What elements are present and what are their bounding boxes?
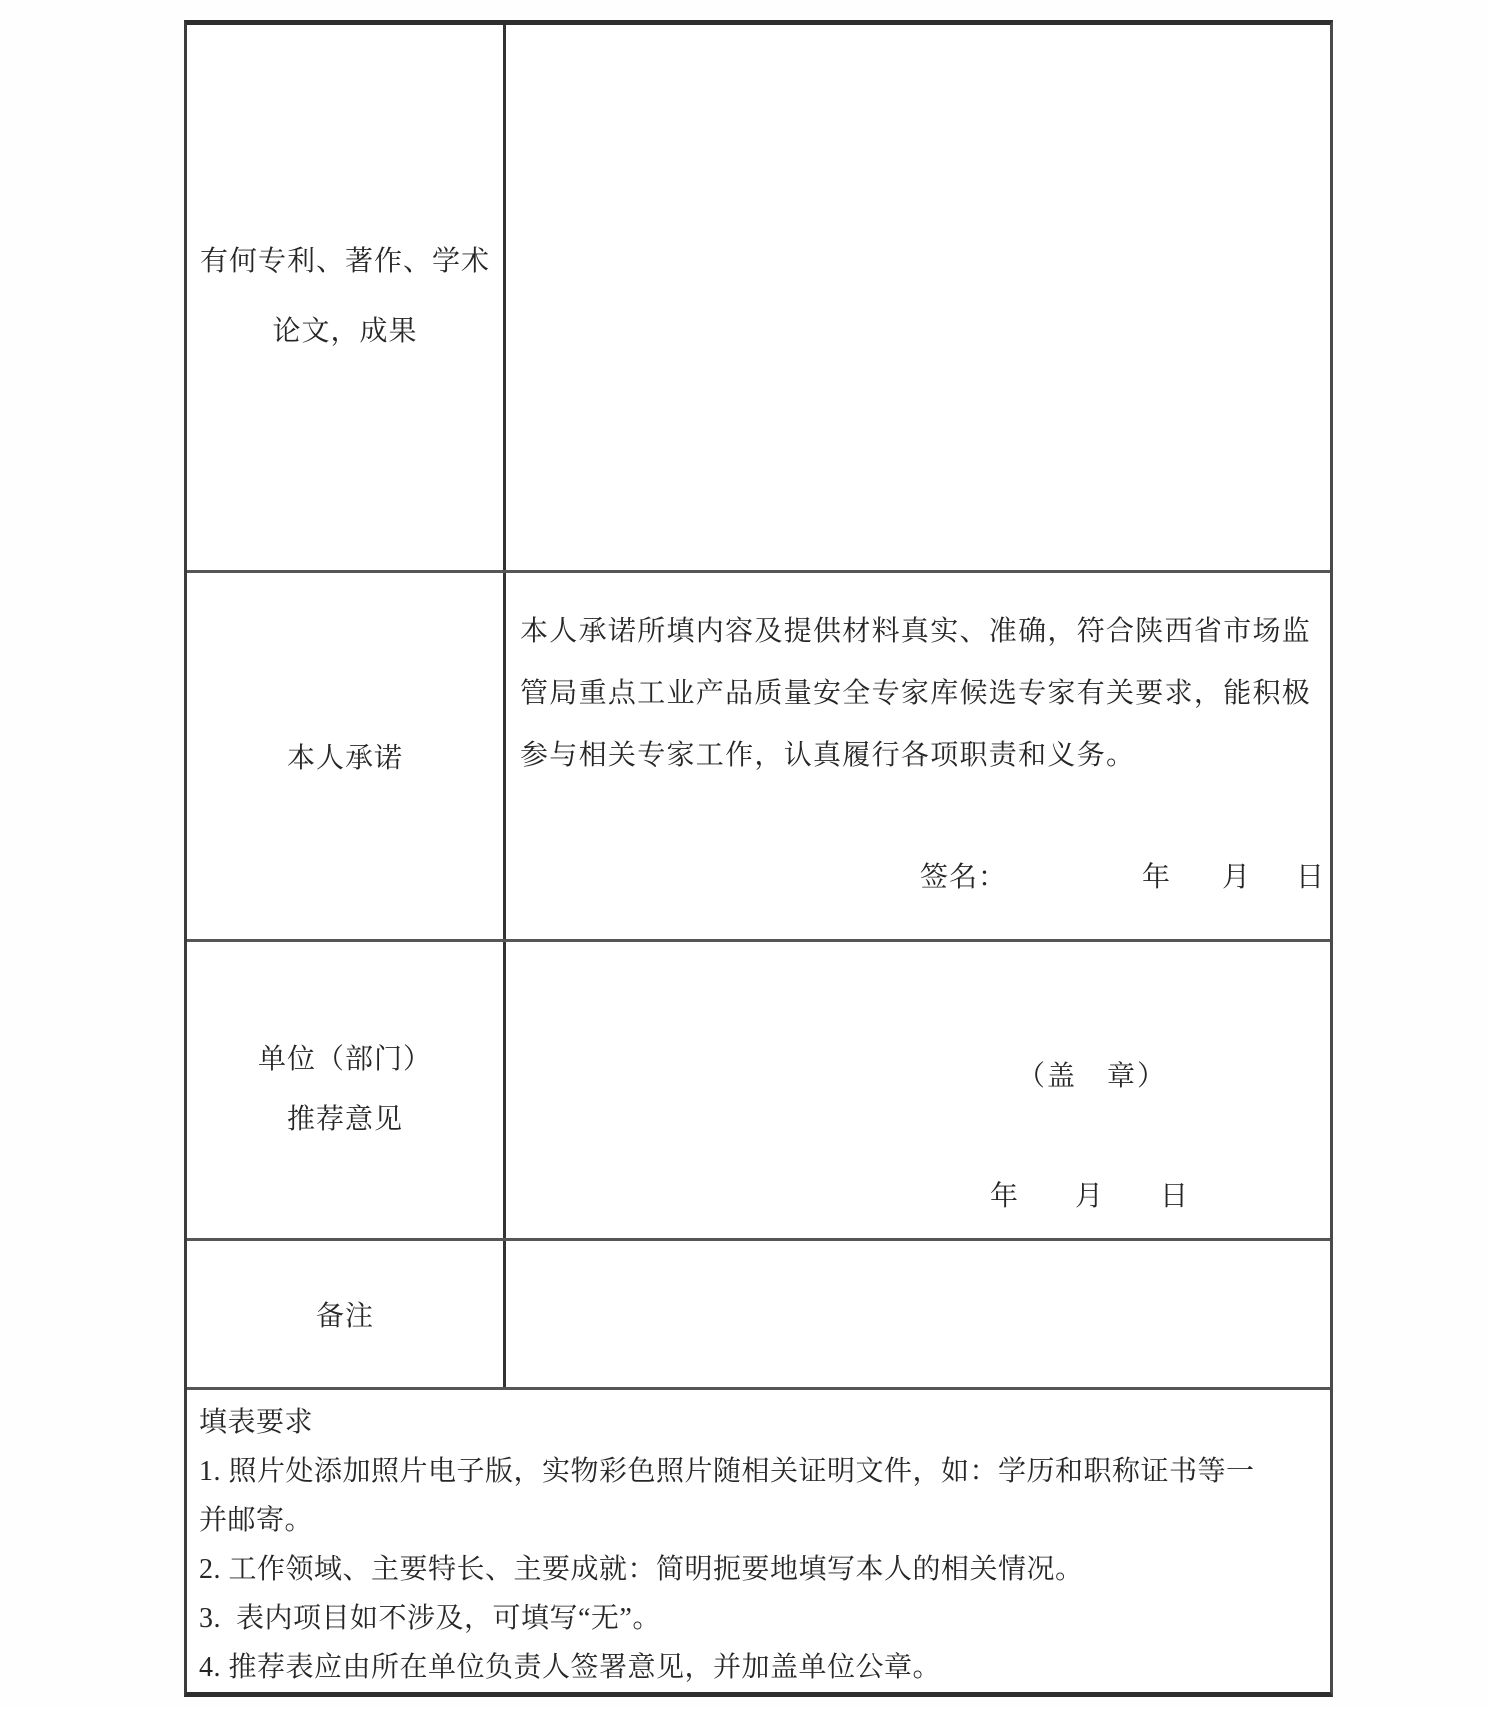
recommendation-date-line: 年 月 日 — [506, 1180, 1330, 1214]
instruction-item-4: 4. 推荐表应由所在单位负责人签署意见，并加盖单位公章。 — [199, 1643, 1312, 1692]
commitment-statement: 本人承诺所填内容及提供材料真实、准确，符合陕西省市场监 管局重点工业产品质量安全… — [506, 573, 1330, 787]
remarks-value-cell — [506, 1241, 1330, 1387]
seal-placeholder: （盖 章） — [1017, 1060, 1330, 1094]
scanned-form-page: 有何专利、著作、学术 论文，成果 本人承诺 本人承诺所填内容及提供材料真实、准确… — [0, 0, 1487, 1709]
instruction-item-2: 2. 工作领域、主要特长、主要成就：简明扼要地填写本人的相关情况。 — [199, 1545, 1312, 1594]
recommendation-day-label: 日 — [1160, 1180, 1188, 1214]
commitment-value-cell: 本人承诺所填内容及提供材料真实、准确，符合陕西省市场监 管局重点工业产品质量安全… — [506, 573, 1330, 939]
signature-month-label: 月 — [1222, 863, 1251, 893]
remarks-row: 备注 — [187, 1241, 1330, 1390]
commitment-label-cell: 本人承诺 — [187, 573, 506, 939]
recommendation-row: 单位（部门） 推荐意见 （盖 章） 年 月 日 — [187, 942, 1330, 1241]
recommendation-month-label: 月 — [1075, 1180, 1103, 1214]
commitment-statement-line1: 本人承诺所填内容及提供材料真实、准确，符合陕西省市场监 — [520, 601, 1314, 663]
recommendation-form-table: 有何专利、著作、学术 论文，成果 本人承诺 本人承诺所填内容及提供材料真实、准确… — [184, 20, 1333, 1697]
instruction-item-3: 3. 表内项目如不涉及，可填写“无”。 — [199, 1594, 1312, 1643]
instruction-item-1-line2: 并邮寄。 — [199, 1496, 1312, 1545]
commitment-row: 本人承诺 本人承诺所填内容及提供材料真实、准确，符合陕西省市场监 管局重点工业产… — [187, 573, 1330, 942]
instructions-title: 填表要求 — [199, 1398, 1312, 1447]
remarks-label-cell: 备注 — [187, 1241, 506, 1387]
patents-label-cell: 有何专利、著作、学术 论文，成果 — [187, 25, 506, 570]
patents-label-line2: 论文，成果 — [272, 297, 417, 367]
commitment-label: 本人承诺 — [287, 736, 403, 776]
patents-row: 有何专利、著作、学术 论文，成果 — [187, 25, 1330, 573]
remarks-label: 备注 — [316, 1294, 374, 1334]
signature-date-line: 签名： 年 月 日 — [506, 863, 1330, 893]
signature-day-label: 日 — [1296, 863, 1325, 893]
commitment-statement-line2: 管局重点工业产品质量安全专家库候选专家有关要求，能积极 — [520, 663, 1314, 725]
recommendation-year-label: 年 — [990, 1180, 1018, 1214]
commitment-statement-line3: 参与相关专家工作，认真履行各项职责和义务。 — [520, 725, 1314, 787]
instructions-section: 填表要求 1. 照片处添加照片电子版，实物彩色照片随相关证明文件，如：学历和职称… — [187, 1390, 1330, 1692]
patents-label-line1: 有何专利、著作、学术 — [200, 227, 490, 297]
instruction-item-1-line1: 1. 照片处添加照片电子版，实物彩色照片随相关证明文件，如：学历和职称证书等一 — [199, 1447, 1312, 1496]
recommendation-label-line1: 单位（部门） — [258, 1030, 432, 1090]
signature-year-label: 年 — [1142, 863, 1171, 893]
patents-value-cell — [506, 25, 1330, 570]
signature-label: 签名： — [920, 863, 1007, 893]
recommendation-value-cell: （盖 章） 年 月 日 — [506, 942, 1330, 1238]
recommendation-label-line2: 推荐意见 — [287, 1090, 403, 1150]
recommendation-label-cell: 单位（部门） 推荐意见 — [187, 942, 506, 1238]
